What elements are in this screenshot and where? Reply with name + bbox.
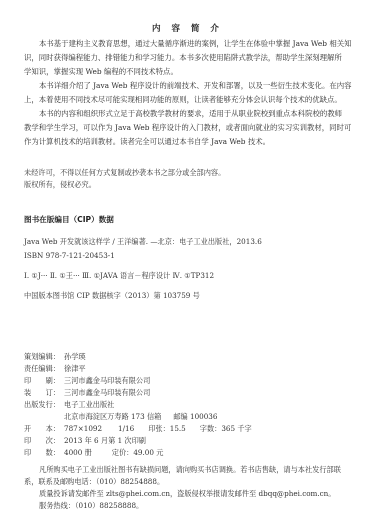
summary-paragraph-2: 本书详细介绍了 Java Web 程序设计的前端技术、开发和部署，以及一些衍生技… xyxy=(24,79,356,107)
summary-paragraph-1: 本书基于建构主义教育思想，通过大量循序渐进的案例，让学生在体验中掌握 Java … xyxy=(24,37,356,79)
format-size: 787×1092 xyxy=(64,424,102,433)
copyright-notice: 未经许可，不得以任何方式复制或抄袭本书之部分或全部内容。 版权所有，侵权必究。 xyxy=(24,167,356,191)
text-line: 凡所购买电子工业出版社图书有缺损问题，请向购买书店调换。若书店售缺，请与本社发行… xyxy=(24,464,356,476)
imprint-label: 出版发行： xyxy=(24,400,64,410)
print-sheets: 印张：15.5 xyxy=(148,424,186,433)
imprint-value: 孙学瑛 xyxy=(64,352,86,361)
imprint-label: 开 本： xyxy=(24,424,64,434)
cip-isbn: ISBN 978-7-121-20453-1 xyxy=(24,250,115,262)
text-line: 服务热线：（010）88258888。 xyxy=(24,500,356,512)
imprint-value: 三河市鑫金马印装有限公司 xyxy=(64,388,150,397)
imprint-label: 装 订： xyxy=(24,388,64,398)
imprint-row-edition: 印 次：2013 年 6 月第 1 次印刷 xyxy=(24,436,146,446)
imprint-row-planning-editor: 策划编辑：孙学瑛 xyxy=(24,352,86,362)
text-line: 识，同时获得编程能力、排错能力和学习能力。本书多次使用陷阱式教学法，帮助学生深刻… xyxy=(24,51,356,65)
text-line: 作为计算机技术的培训教材。读者完全可以通过本书自学 Java Web 技术。 xyxy=(24,135,356,149)
imprint-label: 责任编辑： xyxy=(24,364,64,374)
text-line: 系，联系及邮购电话：（010）88254888。 xyxy=(24,476,356,488)
text-line: 上，本着使用不同技术尽可能实现相同功能的原则，让读者能够充分体会认识每个技术的优… xyxy=(24,93,356,107)
imprint-label: 策划编辑： xyxy=(24,352,64,362)
cip-heading: 图书在版编目（CIP）数据 xyxy=(24,214,114,225)
text-line: 学知识，掌握实现 Web 编程的不同技术特点。 xyxy=(24,65,356,79)
publisher-address: 北京市海淀区万寿路 173 信箱 xyxy=(64,412,161,421)
summary-paragraph-3: 本书的内容和组织形式立足于高校教学教材的要求，适用于从职业院校到重点本科院校的教… xyxy=(24,107,356,149)
imprint-row-printer: 印 刷：三河市鑫金马印装有限公司 xyxy=(24,376,150,386)
imprint-label: 印 刷： xyxy=(24,376,64,386)
imprint-value: 电子工业出版社 xyxy=(64,400,114,409)
format-fold: 1/16 xyxy=(118,424,134,433)
cip-classification: Ⅰ. ①J··· Ⅱ. ①王··· Ⅲ. ①JAVA 语言－程序设计 Ⅳ. ①T… xyxy=(24,270,214,282)
imprint-row-address: 北京市海淀区万寿路 173 信箱邮编 100036 xyxy=(64,412,217,422)
word-count: 字数：365 千字 xyxy=(200,424,252,433)
imprint-row-binder: 装 订：三河市鑫金马印装有限公司 xyxy=(24,388,150,398)
imprint-row-copies: 印 数：4000 册定价：49.00 元 xyxy=(24,448,163,458)
cip-record: 中国版本图书馆 CIP 数据核字（2013）第 103759 号 xyxy=(24,290,200,302)
imprint-row-publisher: 出版发行：电子工业出版社 xyxy=(24,400,114,410)
imprint-row-responsible-editor: 责任编辑：徐津平 xyxy=(24,364,86,374)
imprint-value: 徐津平 xyxy=(64,364,86,373)
text-line: 未经许可，不得以任何方式复制或抄袭本书之部分或全部内容。 xyxy=(24,167,356,179)
imprint-value: 三河市鑫金马印装有限公司 xyxy=(64,376,150,385)
purchase-notice: 凡所购买电子工业出版社图书有缺损问题，请向购买书店调换。若书店售缺，请与本社发行… xyxy=(24,464,356,512)
text-line: 质量投诉请发邮件至 zlts@phei.com.cn，盗版侵权举报请发邮件至 d… xyxy=(24,488,356,500)
imprint-label: 印 数： xyxy=(24,448,64,458)
text-line: 版权所有，侵权必究。 xyxy=(24,179,356,191)
summary-title: 内 容 简 介 xyxy=(0,22,375,34)
cip-citation: Java Web 开发就该这样学 / 王洋编著. —北京：电子工业出版社，201… xyxy=(24,236,262,248)
text-line: 本书详细介绍了 Java Web 程序设计的前端技术、开发和部署，以及一些衍生技… xyxy=(24,79,356,93)
imprint-row-format: 开 本：787×10921/16印张：15.5字数：365 千字 xyxy=(24,424,252,434)
imprint-label: 印 次： xyxy=(24,436,64,446)
text-line: 本书基于建构主义教育思想，通过大量循序渐进的案例，让学生在体验中掌握 Java … xyxy=(24,37,356,51)
copies-count: 4000 册 xyxy=(64,448,92,457)
price: 定价：49.00 元 xyxy=(112,448,164,457)
text-line: 教学和学生学习，可以作为 Java Web 程序设计的入门教材，或者面向就业的实… xyxy=(24,121,356,135)
text-line: 本书的内容和组织形式立足于高校教学教材的要求，适用于从职业院校到重点本科院校的教… xyxy=(24,107,356,121)
publisher-postcode: 邮编 100036 xyxy=(173,412,217,421)
edition-info: 2013 年 6 月第 1 次印刷 xyxy=(64,436,146,445)
